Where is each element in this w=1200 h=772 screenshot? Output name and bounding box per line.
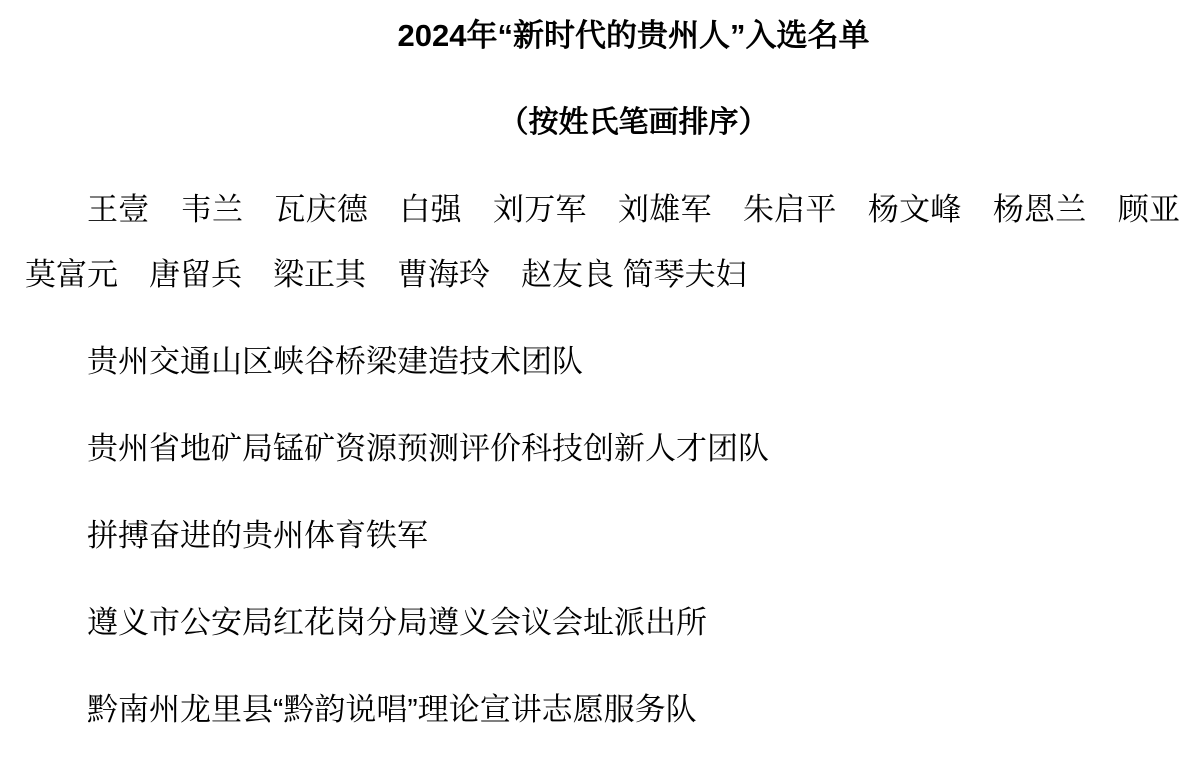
team-entry: 贵州省地矿局锰矿资源预测评价科技创新人才团队 [25,416,1180,481]
team-entry: 拼搏奋进的贵州体育铁军 [25,503,1180,568]
team-list: 贵州交通山区峡谷桥梁建造技术团队贵州省地矿局锰矿资源预测评价科技创新人才团队拼搏… [25,329,1180,742]
document-page: { "document": { "title": "2024年“新时代的贵州人”… [0,0,1200,772]
team-entry: 贵州交通山区峡谷桥梁建造技术团队 [25,329,1180,394]
document-body: 2024年“新时代的贵州人”入选名单 （按姓氏笔画排序） 王壹 韦兰 瓦庆德 白… [25,3,1180,742]
individuals-paragraph: 王壹 韦兰 瓦庆德 白强 刘万军 刘雄军 朱启平 杨文峰 杨恩兰 顾亚 莫富元 … [25,177,1180,307]
document-title: 2024年“新时代的贵州人”入选名单 [25,3,1180,68]
team-entry: 黔南州龙里县“黔韵说唱”理论宣讲志愿服务队 [25,677,1180,742]
team-entry: 遵义市公安局红花岗分局遵义会议会址派出所 [25,590,1180,655]
document-subtitle: （按姓氏笔画排序） [25,90,1180,155]
